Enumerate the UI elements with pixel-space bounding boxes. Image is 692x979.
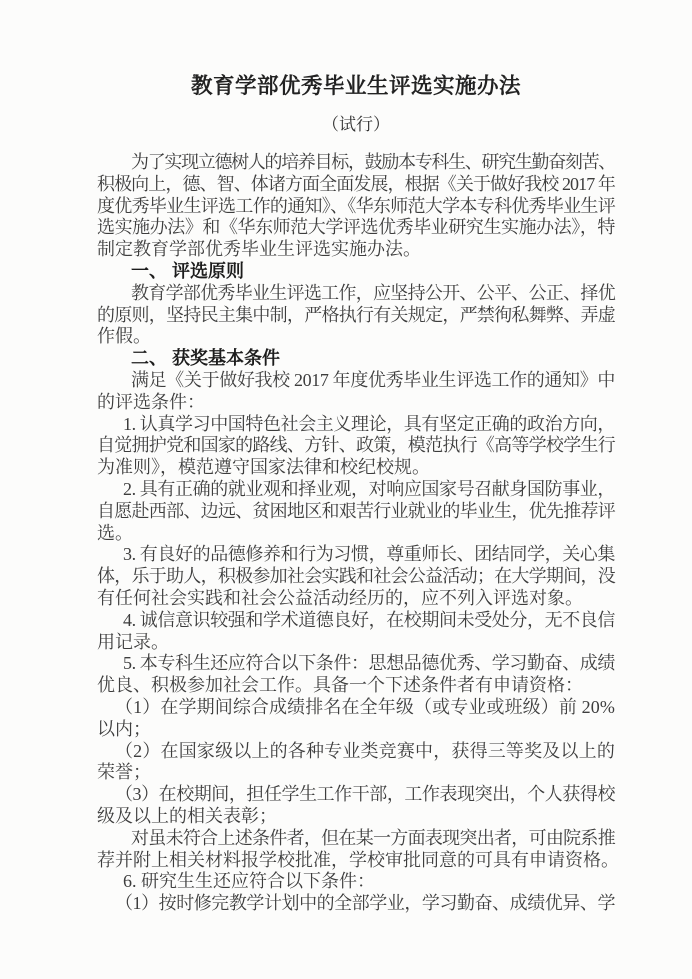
doc-line: 度优秀毕业生评选工作的通知》、《华东师范大学本专科优秀毕业生评 (97, 196, 615, 218)
doc-line: 6. 研究生生还应符合以下条件： (97, 871, 615, 893)
section-heading-1: 一、 评选原则 (97, 261, 615, 283)
doc-line: 级及以上的相关表彰； (97, 806, 615, 828)
doc-line: 3. 有良好的品德修养和行为习惯，尊重师长、团结同学，关心集 (97, 544, 615, 566)
doc-line: 1. 认真学习中国特色社会主义理论，具有坚定正确的政治方向， (97, 414, 615, 436)
doc-line: 体，乐于助人，积极参加社会实践和社会公益活动；在大学期间，没 (97, 566, 615, 588)
doc-line: 的评选条件： (97, 392, 615, 414)
doc-line: 教育学部优秀毕业生评选工作，应坚持公开、公平、公正、择优 (97, 283, 615, 305)
document-content: 教育学部优秀毕业生评选实施办法 （试行） 为了实现立德树人的培养目标，鼓励本专科… (0, 72, 692, 915)
doc-line: 的原则，坚持民主集中制，严格执行有关规定，严禁徇私舞弊、弄虚 (97, 305, 615, 327)
doc-line: 选。 (97, 523, 615, 545)
doc-line: （1）在学期间综合成绩排名在全年级（或专业或班级）前 20% (97, 697, 615, 719)
document-body: 为了实现立德树人的培养目标，鼓励本专科生、研究生勤奋刻苦、 积极向上，德、智、体… (97, 152, 615, 915)
doc-line: 积极向上，德、智、体诸方面全面发展，根据《关于做好我校 2017 年 (97, 174, 615, 196)
doc-line: （2）在国家级以上的各种专业类竞赛中，获得三等奖及以上的 (97, 741, 615, 763)
doc-line: （1）按时修完教学计划中的全部学业，学习勤奋、成绩优异、学 (97, 893, 615, 915)
doc-line: 对虽未符合上述条件者，但在某一方面表现突出者，可由院系推 (97, 828, 615, 850)
doc-line: 为准则》，模范遵守国家法律和校纪校规。 (97, 457, 615, 479)
section-heading-2: 二、 获奖基本条件 (97, 348, 615, 370)
doc-line: 作假。 (97, 326, 615, 348)
doc-line: 自觉拥护党和国家的路线、方针、政策，模范执行《高等学校学生行 (97, 435, 615, 457)
doc-line: 5. 本专科生还应符合以下条件：思想品德优秀、学习勤奋、成绩 (97, 653, 615, 675)
doc-line: 自愿赴西部、边远、贫困地区和艰苦行业就业的毕业生，优先推荐评 (97, 501, 615, 523)
doc-line: 以内； (97, 719, 615, 741)
doc-line: 选实施办法》和《华东师范大学评选优秀毕业研究生实施办法》，特 (97, 217, 615, 239)
document-title: 教育学部优秀毕业生评选实施办法 (97, 72, 615, 101)
scanned-document-page: 教育学部优秀毕业生评选实施办法 （试行） 为了实现立德树人的培养目标，鼓励本专科… (0, 0, 692, 979)
doc-line: 2. 具有正确的就业观和择业观，对响应国家号召献身国防事业， (97, 479, 615, 501)
doc-line: 荣誉； (97, 762, 615, 784)
document-subtitle: （试行） (97, 114, 615, 136)
doc-line: 优良、积极参加社会工作。具备一个下述条件者有申请资格： (97, 675, 615, 697)
doc-line: 有任何社会实践和社会公益活动经历的，应不列入评选对象。 (97, 588, 615, 610)
doc-line: 4. 诚信意识较强和学术道德良好，在校期间未受处分，无不良信 (97, 610, 615, 632)
doc-line: （3）在校期间，担任学生工作干部，工作表现突出，个人获得校 (97, 784, 615, 806)
doc-line: 用记录。 (97, 632, 615, 654)
scan-artifact (193, 74, 196, 77)
doc-line: 满足《关于做好我校 2017 年度优秀毕业生评选工作的通知》中 (97, 370, 615, 392)
doc-line: 荐并附上相关材料报学校批准，学校审批同意的可具有申请资格。 (97, 850, 615, 872)
doc-line: 为了实现立德树人的培养目标，鼓励本专科生、研究生勤奋刻苦、 (97, 152, 615, 174)
doc-line: 制定教育学部优秀毕业生评选实施办法。 (97, 239, 615, 261)
